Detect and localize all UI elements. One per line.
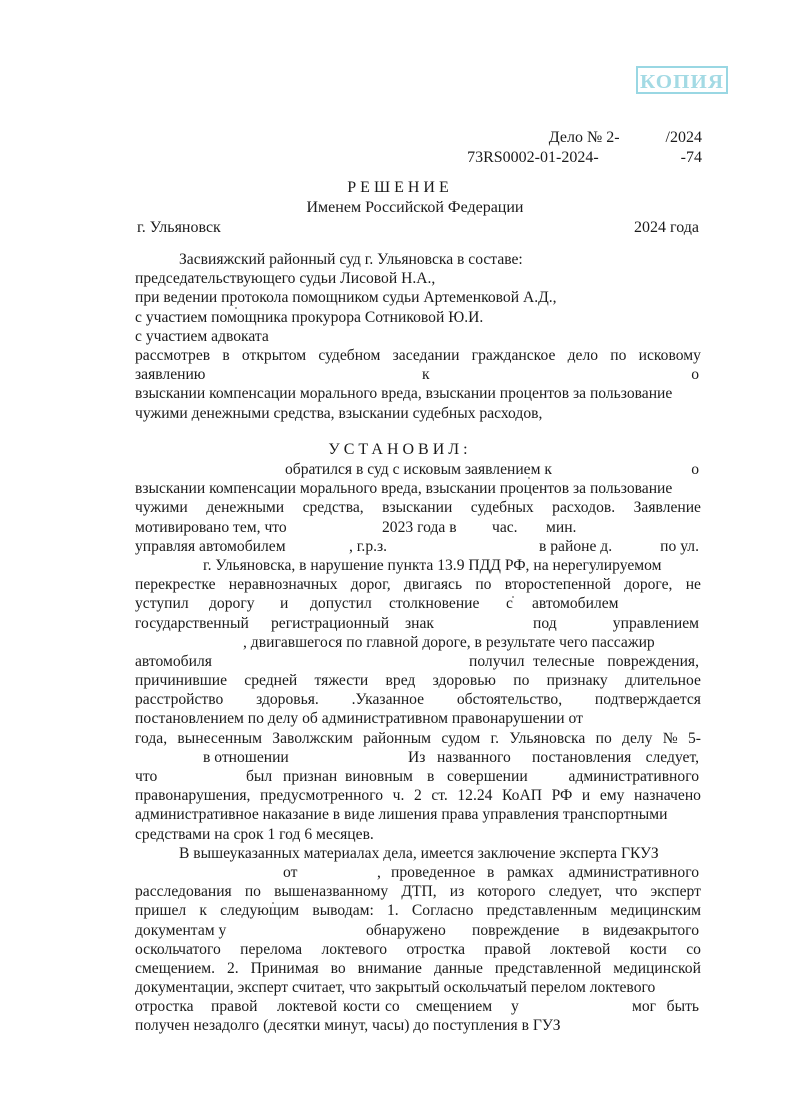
body-line: перекресткенеравнозначныхдорог,двигаясьп…	[135, 575, 701, 594]
copy-stamp: КОПИЯ	[636, 66, 728, 94]
body-line: государственный регистрационный знак под…	[135, 614, 701, 633]
body-line: мотивировано тем, что 2023 года в час. м…	[135, 518, 701, 537]
body-line: обратился в суд с исковым заявлением к о	[135, 460, 701, 479]
intro-line: с участием помощника прокурора Сотниково…	[135, 308, 701, 327]
body-line: документам у обнаружено повреждение в ви…	[135, 921, 701, 940]
document-subtitle: Именем Российской Федерации	[0, 198, 800, 218]
body-line: расследованияповышеназванномуДТП,изкотор…	[135, 882, 701, 901]
document-page: КОПИЯ Дело № 2-/2024 73RS0002-01-2024--7…	[0, 0, 800, 1100]
case-number-prefix: Дело № 2-	[549, 128, 620, 148]
decision-year: 2024 года	[634, 218, 699, 238]
body-line: автомобиля получил телесные повреждения,	[135, 652, 701, 671]
body-line: оскольчатогопереломалоктевогоотросткапра…	[135, 940, 701, 959]
body-line: административное наказание в виде лишени…	[135, 805, 701, 824]
section-heading: УСТАНОВИЛ:	[0, 440, 800, 460]
city: г. Ульяновск	[137, 218, 221, 238]
body-line: расстройствоздоровья..Указанноеобстоятел…	[135, 690, 701, 709]
body-line: взыскании компенсации морального вреда, …	[135, 479, 701, 498]
intro-block: Засвияжский районный суд г. Ульяновска в…	[135, 250, 701, 423]
body-line: причинившиесреднейтяжестивредздоровьюпоп…	[135, 671, 701, 690]
body-line: средствами на срок 1 год 6 месяцев.	[135, 825, 701, 844]
body-line: что был признан виновным в совершении ад…	[135, 767, 701, 786]
case-uid-prefix: 73RS0002-01-2024-	[467, 148, 599, 168]
body-line: отростка правой локтевой кости со смещен…	[135, 997, 701, 1016]
intro-line: председательствующего судьи Лисовой Н.А.…	[135, 269, 701, 288]
body-line: пришелкследующимвыводам:1.Согласнопредст…	[135, 901, 701, 920]
body-line: уступил дорогу и допустил столкновение с…	[135, 594, 701, 613]
body-line: , двигавшегося по главной дороге, в резу…	[135, 633, 701, 652]
body-line: в отношении Из названного постановления …	[135, 748, 701, 767]
intro-line: заявлению к о	[135, 365, 701, 384]
body-line: смещением.2.Принимаявовниманиеданныепред…	[135, 959, 701, 978]
intro-line: при ведении протокола помощником судьи А…	[135, 288, 701, 307]
case-uid-suffix: -74	[681, 148, 702, 168]
body-line: чужимиденежнымисредства,взысканиисудебны…	[135, 498, 701, 517]
body-line: года,вынесеннымЗаволжскимрайоннымсудомг.…	[135, 729, 701, 748]
case-number-block: Дело № 2-/2024 73RS0002-01-2024--74	[382, 128, 702, 168]
case-number-suffix: /2024	[666, 128, 702, 148]
scan-speck	[235, 307, 237, 309]
scan-speck	[272, 902, 274, 904]
copy-stamp-text: КОПИЯ	[640, 68, 724, 96]
body-line: документации, эксперт считает, что закры…	[135, 978, 701, 997]
body-line: от , проведенное в рамках административн…	[135, 863, 701, 882]
body-line: постановлением по делу об административн…	[135, 709, 701, 728]
intro-line: Засвияжский районный суд г. Ульяновска в…	[135, 250, 701, 269]
scan-speck	[512, 596, 514, 598]
main-body: обратился в суд с исковым заявлением к о…	[135, 460, 701, 1036]
body-line: получен незадолго (десятки минут, часы) …	[135, 1016, 701, 1035]
intro-line: чужими денежными средства, взыскании суд…	[135, 404, 701, 423]
scan-speck	[528, 477, 530, 479]
place-date-line: г. Ульяновск 2024 года	[137, 218, 699, 238]
intro-line: рассмотреввоткрытомсудебномзаседанииграж…	[135, 346, 701, 365]
body-line: г. Ульяновска, в нарушение пункта 13.9 П…	[135, 556, 701, 575]
body-line: управляя автомобилем , г.р.з. в районе д…	[135, 537, 701, 556]
body-line: правонарушения,предусмотренногоч.2ст.12.…	[135, 786, 701, 805]
intro-line: взыскании компенсации морального вреда, …	[135, 384, 701, 403]
intro-line: с участием адвоката	[135, 327, 701, 346]
body-line: В вышеуказанных материалах дела, имеется…	[135, 844, 701, 863]
document-title: РЕШЕНИЕ	[0, 178, 800, 198]
